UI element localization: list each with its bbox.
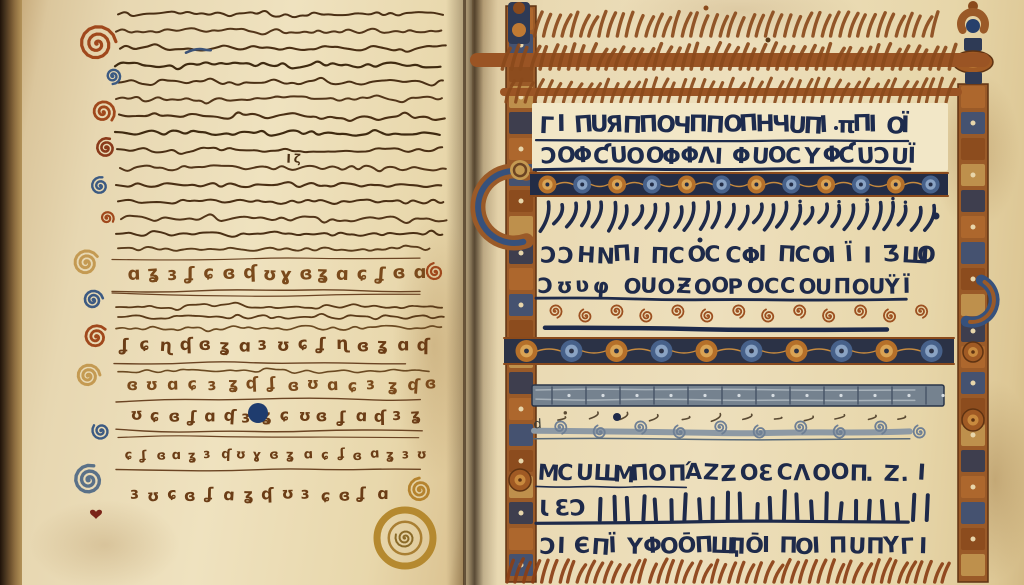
svg-text:ʆ: ʆ — [337, 446, 346, 461]
svg-text:Ο: Ο — [648, 461, 668, 487]
right-finial-center — [966, 19, 980, 33]
svg-text:ɳ: ɳ — [159, 336, 174, 357]
svg-text:Ι: Ι — [557, 534, 566, 559]
ink-speck — [704, 6, 709, 11]
svg-text:ɕ: ɕ — [297, 334, 308, 355]
svg-text:ɕ: ɕ — [280, 405, 290, 424]
svg-text:ɜ: ɜ — [203, 447, 211, 462]
grand-knotwork-frieze — [504, 337, 954, 365]
margin-scroll-ornament — [85, 291, 103, 307]
svg-text:ʓ: ʓ — [188, 449, 197, 464]
svg-text:ɞ: ɞ — [299, 263, 313, 285]
svg-text:C: C — [668, 244, 685, 269]
boxed-script-row: ɕʆɞɑʓɜʠʊɣɞʓɑɕʆɞɑʓɜʊ — [124, 446, 426, 464]
svg-text:Π: Π — [630, 460, 650, 486]
script-line — [115, 62, 441, 70]
script-line — [118, 200, 443, 204]
svg-text:Ο: Ο — [739, 460, 759, 486]
svg-text:ɞ: ɞ — [338, 485, 350, 504]
svg-text:ɑ: ɑ — [303, 447, 313, 462]
svg-text:ɕ: ɕ — [124, 448, 132, 463]
svg-text:C: C — [556, 461, 573, 487]
svg-text:Π: Π — [833, 274, 851, 298]
svg-text:ɕ: ɕ — [139, 335, 150, 356]
svg-text:.: . — [865, 462, 874, 487]
finial-knob — [512, 23, 526, 37]
svg-text:U: U — [848, 534, 867, 560]
slanted-script-row — [540, 197, 934, 231]
svg-text:Ɔ: Ɔ — [873, 144, 891, 170]
margin-scroll-ornament — [92, 177, 105, 192]
svg-text:Ά: Ά — [684, 460, 702, 485]
svg-text:ɕ: ɕ — [321, 448, 329, 463]
svg-text:Ƶ: Ƶ — [676, 274, 692, 299]
margin-scroll-ornament — [75, 251, 97, 273]
right-page-ink: ΓΙΠUЯΠΠΟЧΠΠΟΠΗЧUΠΙπΠΙΟΪƆΟΦƇUΟΟΦΦΛΙΦUΟCΥΦ… — [470, 1, 994, 582]
ink-speck — [613, 413, 621, 421]
svg-text:U: U — [868, 274, 885, 298]
svg-text:Π: Π — [829, 533, 848, 558]
script-line — [118, 11, 443, 17]
svg-text:Ɩ: Ɩ — [539, 497, 550, 522]
svg-text:ʆ: ʆ — [118, 336, 129, 356]
svg-text:ʠ: ʠ — [221, 447, 233, 462]
display-script-row: ɑʓɜʆɕɞʠʊɣɞʓɑɕʆɞɑ — [127, 262, 426, 286]
svg-text:Ι: Ι — [762, 533, 770, 558]
svg-text:ɞ: ɞ — [424, 373, 436, 392]
svg-text:Ɛ: Ɛ — [554, 496, 570, 522]
svg-text:ʊ: ʊ — [145, 375, 158, 394]
display-script-row-navy: ƆΙЄΠΪΥΦΟŌΠЩΠŌΙΠΟΙΠUΠΥΓΙ — [539, 532, 928, 561]
display-script-row-navy: ΜCUШΜΠΟΠΆΖΖΟƐCΛΟΟΠ.Ζ.Ι — [537, 460, 926, 489]
svg-text:ζ: ζ — [293, 152, 301, 166]
svg-text:C: C — [785, 144, 803, 170]
svg-text:ɕ: ɕ — [167, 484, 177, 503]
svg-text:C: C — [764, 274, 780, 298]
svg-text:ɜ: ɜ — [365, 374, 375, 393]
ruling-line — [114, 362, 406, 364]
svg-text:Ο: Ο — [851, 275, 870, 300]
svg-text:Ι: Ι — [868, 111, 877, 137]
hatched-stroke-band — [535, 12, 938, 37]
svg-text:Ο: Ο — [693, 275, 712, 300]
script-line — [116, 326, 441, 332]
right-finial-block — [965, 72, 982, 84]
underline-rule-short — [536, 486, 686, 487]
svg-text:ʆ: ʆ — [203, 484, 213, 503]
margin-scroll-ornament — [108, 70, 120, 84]
script-line — [116, 28, 441, 34]
svg-text:ɣ: ɣ — [279, 264, 292, 286]
svg-text:ɞ: ɞ — [269, 447, 279, 463]
svg-text:Ɔ: Ɔ — [569, 496, 587, 522]
svg-text:Ϊ: Ϊ — [844, 241, 854, 267]
svg-text:ɞ: ɞ — [126, 375, 139, 395]
svg-text:C: C — [725, 243, 743, 269]
margin-scroll-ornament — [76, 465, 100, 491]
svg-text:Ι: Ι — [557, 111, 566, 137]
column-medallion — [962, 409, 984, 431]
left-page-ink: Ιζɑʓɜʆɕɞʠʊɣɞʓɑɕʆɞɑʆɕɳʠɞʓɑɜʊɕʆɳɞʓɑʠɞʊɑɕɜʓ… — [75, 11, 446, 566]
margin-scroll-ornament — [78, 365, 100, 384]
panel-bottom-rule — [534, 168, 910, 170]
tally-stroke-row — [600, 491, 928, 520]
column-medallion — [963, 342, 983, 362]
corner-medallion — [509, 469, 531, 491]
svg-text:ʆ: ʆ — [374, 264, 387, 286]
svg-text:ʠ: ʠ — [245, 373, 259, 393]
script-line — [118, 78, 443, 86]
svg-text:C: C — [776, 460, 793, 486]
svg-text:ʊ: ʊ — [281, 483, 294, 502]
display-script-row: ɜʊɕɞʆɑʓʠʊɜɕɞʆɑ — [130, 483, 389, 505]
svg-text:ʓ: ʓ — [387, 376, 398, 396]
svg-text:ʓ: ʓ — [219, 336, 231, 357]
ink-speck — [933, 213, 940, 220]
svg-text:C: C — [780, 274, 796, 298]
svg-text:C: C — [704, 242, 720, 267]
hatched-stroke-band — [507, 559, 949, 582]
svg-text:Ɔ: Ɔ — [557, 244, 575, 270]
svg-text:Ρ: Ρ — [727, 275, 743, 299]
margin-scroll-ornament — [82, 27, 116, 58]
svg-text:ʠ: ʠ — [407, 375, 421, 395]
svg-text:Є: Є — [573, 534, 590, 560]
margin-scroll-ornament — [102, 212, 114, 222]
svg-text:ɜ: ɜ — [392, 405, 401, 424]
slate-segmented-bar — [532, 385, 945, 406]
underline-rule — [536, 521, 908, 523]
manuscript-photo: Ιζɑʓɜʆɕɞʠʊɣɞʓɑɕʆɞɑʆɕɳʠɞʓɑɜʊɕʆɳɞʓɑʠɞʊɑɕɜʓ… — [0, 0, 1024, 585]
svg-text:ɑ: ɑ — [327, 375, 339, 394]
svg-text:ʊ: ʊ — [130, 404, 143, 424]
svg-text:ʊ: ʊ — [262, 264, 277, 286]
svg-text:ɑ: ɑ — [223, 485, 236, 505]
foliate-scroll-band — [550, 305, 927, 321]
svg-text:ɑ: ɑ — [239, 336, 252, 356]
display-script-row-navy: ƆʊʋφΟUΟƵΟΟΡΟCCΟUΠΟUΫΪ — [537, 273, 910, 300]
svg-text:ɕ: ɕ — [357, 264, 368, 285]
ruling-line — [112, 290, 420, 292]
svg-text:Φ: Φ — [662, 145, 681, 171]
margin-scroll-ornament — [93, 425, 108, 438]
svg-text:Π: Π — [612, 241, 632, 267]
script-line — [117, 147, 442, 154]
svg-text:U: U — [575, 460, 594, 486]
svg-text:ɞ: ɞ — [156, 449, 166, 464]
svg-text:ʆ: ʆ — [138, 449, 148, 464]
svg-text:Π: Π — [727, 534, 746, 560]
svg-text:Υ: Υ — [802, 144, 821, 170]
manuscript-ink-layer: Ιζɑʓɜʆɕɞʠʊɣɞʓɑɕʆɞɑʆɕɳʠɞʓɑɜʊɕʆɳɞʓɑʠɞʊɑɕɜʓ… — [0, 0, 1024, 585]
svg-text:ʓ: ʓ — [317, 263, 329, 284]
svg-text:ɞ: ɞ — [198, 335, 212, 356]
svg-text:ʊ: ʊ — [556, 274, 573, 298]
svg-text:Ϊ: Ϊ — [903, 273, 911, 298]
marginal-note: Ιζ — [286, 152, 301, 166]
svg-text:Ι: Ι — [758, 242, 767, 267]
blue-ink-drop — [248, 403, 268, 423]
svg-text:ɜ: ɜ — [257, 334, 268, 355]
margin-letter-d: d — [533, 417, 542, 432]
svg-text:Υ: Υ — [882, 533, 901, 559]
svg-text:ɕ: ɕ — [187, 374, 197, 393]
svg-text:ɑ: ɑ — [336, 264, 350, 285]
svg-text:ɑ: ɑ — [413, 262, 426, 283]
svg-text:Ϋ: Ϋ — [883, 273, 900, 298]
svg-text:Ι: Ι — [917, 460, 927, 485]
svg-text:ɞ: ɞ — [287, 376, 299, 395]
svg-text:Λ: Λ — [793, 461, 810, 486]
svg-text:Π: Π — [705, 112, 725, 139]
svg-text:Ο: Ο — [812, 461, 832, 487]
svg-text:Ζ: Ζ — [883, 462, 900, 488]
svg-text:ʠ: ʠ — [243, 262, 259, 283]
script-line — [116, 231, 442, 237]
svg-text:Ο: Ο — [747, 274, 765, 298]
grey-flourish-line — [534, 438, 910, 439]
svg-text:ʓ: ʓ — [243, 485, 254, 504]
svg-text:ɑ: ɑ — [127, 263, 141, 284]
script-line — [115, 130, 440, 135]
script-line — [116, 303, 442, 310]
script-line — [120, 165, 446, 171]
ruling-line — [112, 258, 420, 260]
svg-text:ʊ: ʊ — [147, 486, 160, 506]
ruling-line — [116, 429, 422, 432]
svg-text:ʠ: ʠ — [261, 484, 275, 503]
knotwork-frieze — [530, 172, 948, 197]
display-script-row: ʆɕɳʠɞʓɑɜʊɕʆɳɞʓɑʠ — [118, 334, 431, 357]
svg-text:ʓ: ʓ — [386, 448, 395, 463]
svg-text:Ι: Ι — [863, 244, 871, 269]
svg-text:ɳ: ɳ — [336, 334, 350, 354]
svg-text:ʠ: ʠ — [179, 335, 194, 355]
svg-text:Ʒ: Ʒ — [882, 242, 900, 268]
svg-text:ɞ: ɞ — [315, 406, 327, 425]
margin-scroll-ornament — [86, 326, 105, 346]
svg-text:Γ: Γ — [539, 113, 555, 140]
panel-separator-rule — [536, 140, 908, 141]
heart-ornament — [90, 510, 102, 519]
svg-text:ɜ: ɜ — [130, 484, 139, 503]
svg-text:ɑ: ɑ — [370, 446, 380, 462]
ruling-line — [116, 398, 420, 402]
svg-text:ɞ: ɞ — [222, 262, 236, 284]
ink-speck — [834, 126, 838, 130]
frame-right-column — [958, 84, 988, 582]
svg-text:ʊ: ʊ — [277, 336, 290, 356]
script-line — [119, 112, 445, 120]
svg-text:ɕ: ɕ — [203, 262, 214, 283]
svg-text:Ι: Ι — [819, 112, 829, 138]
right-finial-block — [964, 38, 982, 51]
script-line — [118, 314, 444, 319]
svg-text:ʊ: ʊ — [307, 374, 320, 393]
svg-text:ʆ: ʆ — [356, 483, 366, 502]
ruling-line — [116, 469, 420, 471]
svg-text:Ζ: Ζ — [720, 462, 737, 488]
svg-text:ɞ: ɞ — [183, 486, 196, 506]
svg-text:Ο: Ο — [830, 460, 850, 486]
margin-scroll-ornament — [94, 102, 114, 120]
svg-text:Π: Π — [650, 244, 669, 270]
svg-text:ɑ: ɑ — [377, 484, 389, 503]
svg-text:.: . — [899, 462, 909, 487]
svg-text:U: U — [640, 273, 658, 297]
script-line — [116, 182, 441, 187]
svg-text:ʓ: ʓ — [410, 405, 421, 425]
svg-text:ɕ: ɕ — [321, 486, 331, 505]
svg-text:Γ: Γ — [900, 534, 915, 560]
tally-row-lead: ƖƐƆ — [539, 496, 587, 522]
svg-text:ɑ: ɑ — [397, 335, 409, 355]
row-end-curl — [409, 478, 428, 500]
svg-text:Ɛ: Ɛ — [758, 461, 773, 486]
row-end-curl — [427, 263, 441, 279]
svg-text:ʆ: ʆ — [265, 373, 276, 392]
script-line — [121, 214, 447, 223]
svg-text:Ι: Ι — [811, 533, 820, 558]
svg-text:Ο: Ο — [626, 144, 646, 170]
script-line — [118, 246, 430, 251]
svg-text:ɑ: ɑ — [355, 406, 367, 425]
tick-marks — [558, 411, 906, 421]
svg-text:Ɔ: Ɔ — [537, 274, 553, 298]
margin-scroll-ornament — [97, 138, 112, 155]
svg-text:φ: φ — [592, 274, 610, 299]
svg-text:Ο: Ο — [917, 243, 937, 269]
ruling-line — [118, 436, 419, 438]
svg-text:ʊ: ʊ — [417, 447, 427, 462]
display-script-row: ɞʊɑɕɜʓʠʆɞʊɑɕɜʓʠɞ — [126, 373, 436, 395]
svg-text:Ɔ: Ɔ — [539, 535, 556, 561]
svg-text:Φ: Φ — [573, 143, 593, 169]
svg-text:ʆ: ʆ — [315, 334, 327, 354]
ink-speck — [766, 38, 771, 43]
display-script-row-navy: ƆƆΗΝΠΙΠCΟCCΦΙΠCΟΙΪΙƷШΟ — [540, 241, 937, 270]
svg-text:ɞ: ɞ — [352, 449, 362, 465]
svg-text:ʆ: ʆ — [186, 407, 197, 426]
svg-text:U: U — [815, 275, 832, 299]
svg-text:ɣ: ɣ — [252, 448, 262, 463]
svg-text:Η: Η — [576, 243, 596, 269]
svg-text:ʆ: ʆ — [336, 407, 346, 426]
svg-text:ʠ: ʠ — [374, 407, 387, 426]
svg-text:Λ: Λ — [697, 143, 715, 168]
display-script-row: ʊɕɞʆɑʠɜʓɕʊɞʆɑʠɜʓ — [130, 404, 421, 426]
concentric-circle-ornament — [377, 510, 433, 566]
svg-text:Ι: Ι — [714, 145, 723, 170]
svg-text:ʓ: ʓ — [228, 374, 238, 393]
display-script-row-navy: ΓΙΠUЯΠΠΟЧΠΠΟΠΗЧUΠΙπΠΙΟΪ — [539, 110, 910, 140]
svg-text:ɕ: ɕ — [150, 406, 160, 425]
svg-text:ʋ: ʋ — [575, 273, 590, 298]
svg-text:ʠ: ʠ — [223, 406, 237, 426]
svg-text:ʓ: ʓ — [286, 448, 295, 463]
svg-text:ɑ: ɑ — [172, 448, 181, 463]
svg-text:ʠ: ʠ — [417, 336, 431, 356]
svg-text:Ζ: Ζ — [702, 460, 719, 486]
svg-text:ʊ: ʊ — [236, 447, 246, 462]
svg-text:ɑ: ɑ — [204, 406, 215, 425]
svg-text:Ι: Ι — [632, 244, 642, 269]
svg-text:ʓ: ʓ — [377, 335, 389, 355]
script-line — [116, 95, 442, 103]
svg-text:ʆ: ʆ — [183, 264, 195, 285]
svg-text:Ɔ: Ɔ — [540, 144, 557, 169]
svg-text:ʓ: ʓ — [147, 262, 160, 284]
svg-text:Ι: Ι — [827, 243, 836, 268]
svg-text:Ι: Ι — [286, 152, 291, 166]
svg-text:ʊ: ʊ — [299, 406, 312, 425]
svg-text:Ϊ: Ϊ — [908, 143, 917, 169]
svg-text:Ɔ: Ɔ — [540, 243, 558, 269]
svg-text:Υ: Υ — [626, 534, 645, 559]
svg-text:ɜ: ɜ — [167, 264, 177, 285]
ink-speck — [698, 238, 703, 243]
navy-divider-rule — [545, 328, 887, 330]
svg-text:ɞ: ɞ — [357, 336, 369, 356]
script-line — [120, 44, 446, 51]
svg-text:ɑ: ɑ — [167, 375, 179, 394]
svg-text:Ο: Ο — [657, 275, 675, 299]
svg-text:C: C — [794, 242, 811, 268]
svg-text:Φ: Φ — [732, 144, 751, 170]
svg-text:ɜ: ɜ — [401, 447, 409, 462]
finial-knob — [513, 2, 525, 14]
svg-text:ɞ: ɞ — [168, 406, 180, 425]
svg-text:ɞ: ɞ — [392, 262, 406, 284]
svg-text:ɜ: ɜ — [300, 484, 309, 503]
svg-text:ɕ: ɕ — [348, 376, 358, 395]
svg-text:ɜ: ɜ — [207, 375, 217, 395]
svg-text:Ϊ: Ϊ — [608, 532, 617, 558]
ruling-line — [112, 293, 420, 296]
svg-text:Ϊ: Ϊ — [901, 110, 910, 138]
svg-text:Ι: Ι — [919, 534, 928, 559]
svg-text:Я: Я — [605, 112, 624, 139]
svg-text:d: d — [533, 417, 542, 432]
